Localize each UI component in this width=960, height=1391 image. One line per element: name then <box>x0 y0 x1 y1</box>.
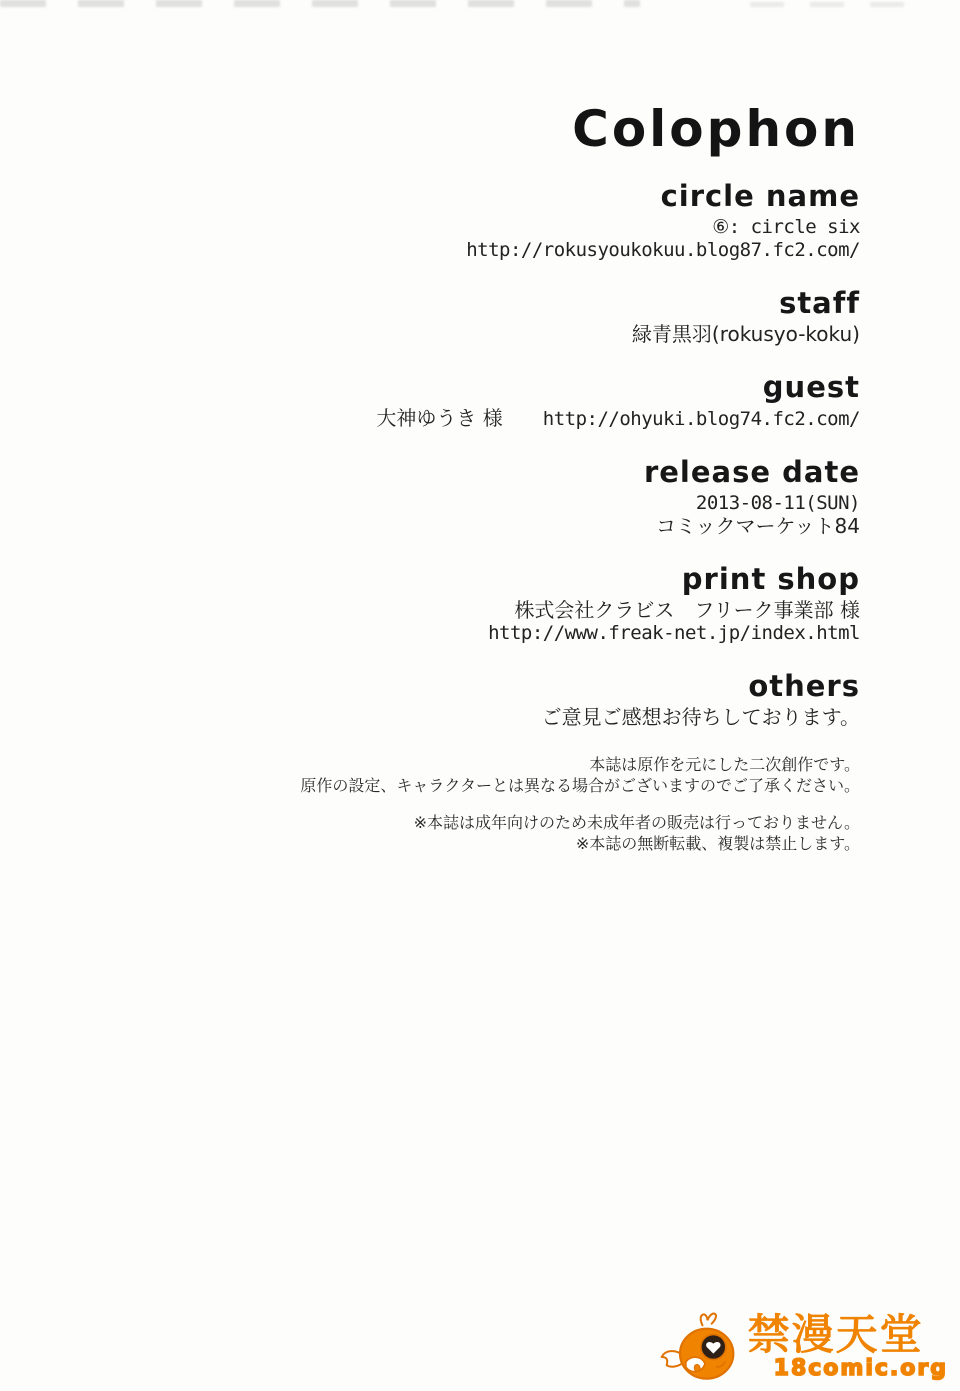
guest-name: 大神ゆうき 様 <box>376 407 502 430</box>
circle-name-value: ⑥: circle six <box>240 216 860 239</box>
section-guest: guest 大神ゆうき 様 http://ohyuki.blog74.fc2.c… <box>240 371 860 431</box>
release-event: コミックマーケット84 <box>240 515 860 538</box>
site-watermark: 禁漫天堂 18comic.org <box>658 1307 948 1387</box>
colophon-page: Colophon circle name ⑥: circle six http:… <box>240 100 860 854</box>
print-shop-heading: print shop <box>240 563 860 596</box>
circle-name-heading: circle name <box>240 180 860 213</box>
others-message: ご意見ご感想お待ちしております。 <box>240 706 860 729</box>
watermark-text: 禁漫天堂 18comic.org <box>748 1313 948 1381</box>
others-heading: others <box>240 670 860 703</box>
disclaimer-derivative-2: 原作の設定、キャラクターとは異なる場合がございますのでご了承ください。 <box>240 775 860 796</box>
section-circle-name: circle name ⑥: circle six http://rokusyo… <box>240 180 860 262</box>
guest-line: 大神ゆうき 様 http://ohyuki.blog74.fc2.com/ <box>240 407 860 431</box>
watermark-site-url: 18comic.org <box>774 1357 948 1381</box>
guest-heading: guest <box>240 371 860 404</box>
section-release-date: release date 2013-08-11(SUN) コミックマーケット84 <box>240 456 860 538</box>
section-print-shop: print shop 株式会社クラビス フリーク事業部 様 http://www… <box>240 563 860 645</box>
scan-artifact-top-right <box>750 2 930 7</box>
section-staff: staff 緑青黒羽(rokusyo-koku) <box>240 287 860 346</box>
print-shop-url: http://www.freak-net.jp/index.html <box>240 622 860 645</box>
release-date-value: 2013-08-11(SUN) <box>240 492 860 515</box>
circle-url: http://rokusyoukokuu.blog87.fc2.com/ <box>240 239 860 262</box>
scan-artifact-top <box>0 0 640 7</box>
disclaimer-block: 本誌は原作を元にした二次創作です。 原作の設定、キャラクターとは異なる場合がござ… <box>240 754 860 854</box>
disclaimer-adult: ※本誌は成年向けのため未成年者の販売は行っておりません。 <box>240 812 860 833</box>
page-title: Colophon <box>240 100 860 158</box>
disclaimer-copy: ※本誌の無断転載、複製は禁止します。 <box>240 833 860 854</box>
guest-url: http://ohyuki.blog74.fc2.com/ <box>543 408 860 431</box>
whale-mascot-icon <box>658 1307 742 1387</box>
disclaimer-derivative-1: 本誌は原作を元にした二次創作です。 <box>240 754 860 775</box>
print-shop-company: 株式会社クラビス フリーク事業部 様 <box>240 599 860 622</box>
staff-heading: staff <box>240 287 860 320</box>
watermark-site-name: 禁漫天堂 <box>748 1313 924 1357</box>
section-others: others ご意見ご感想お待ちしております。 <box>240 670 860 729</box>
release-date-heading: release date <box>240 456 860 489</box>
staff-member: 緑青黒羽(rokusyo-koku) <box>240 323 860 346</box>
